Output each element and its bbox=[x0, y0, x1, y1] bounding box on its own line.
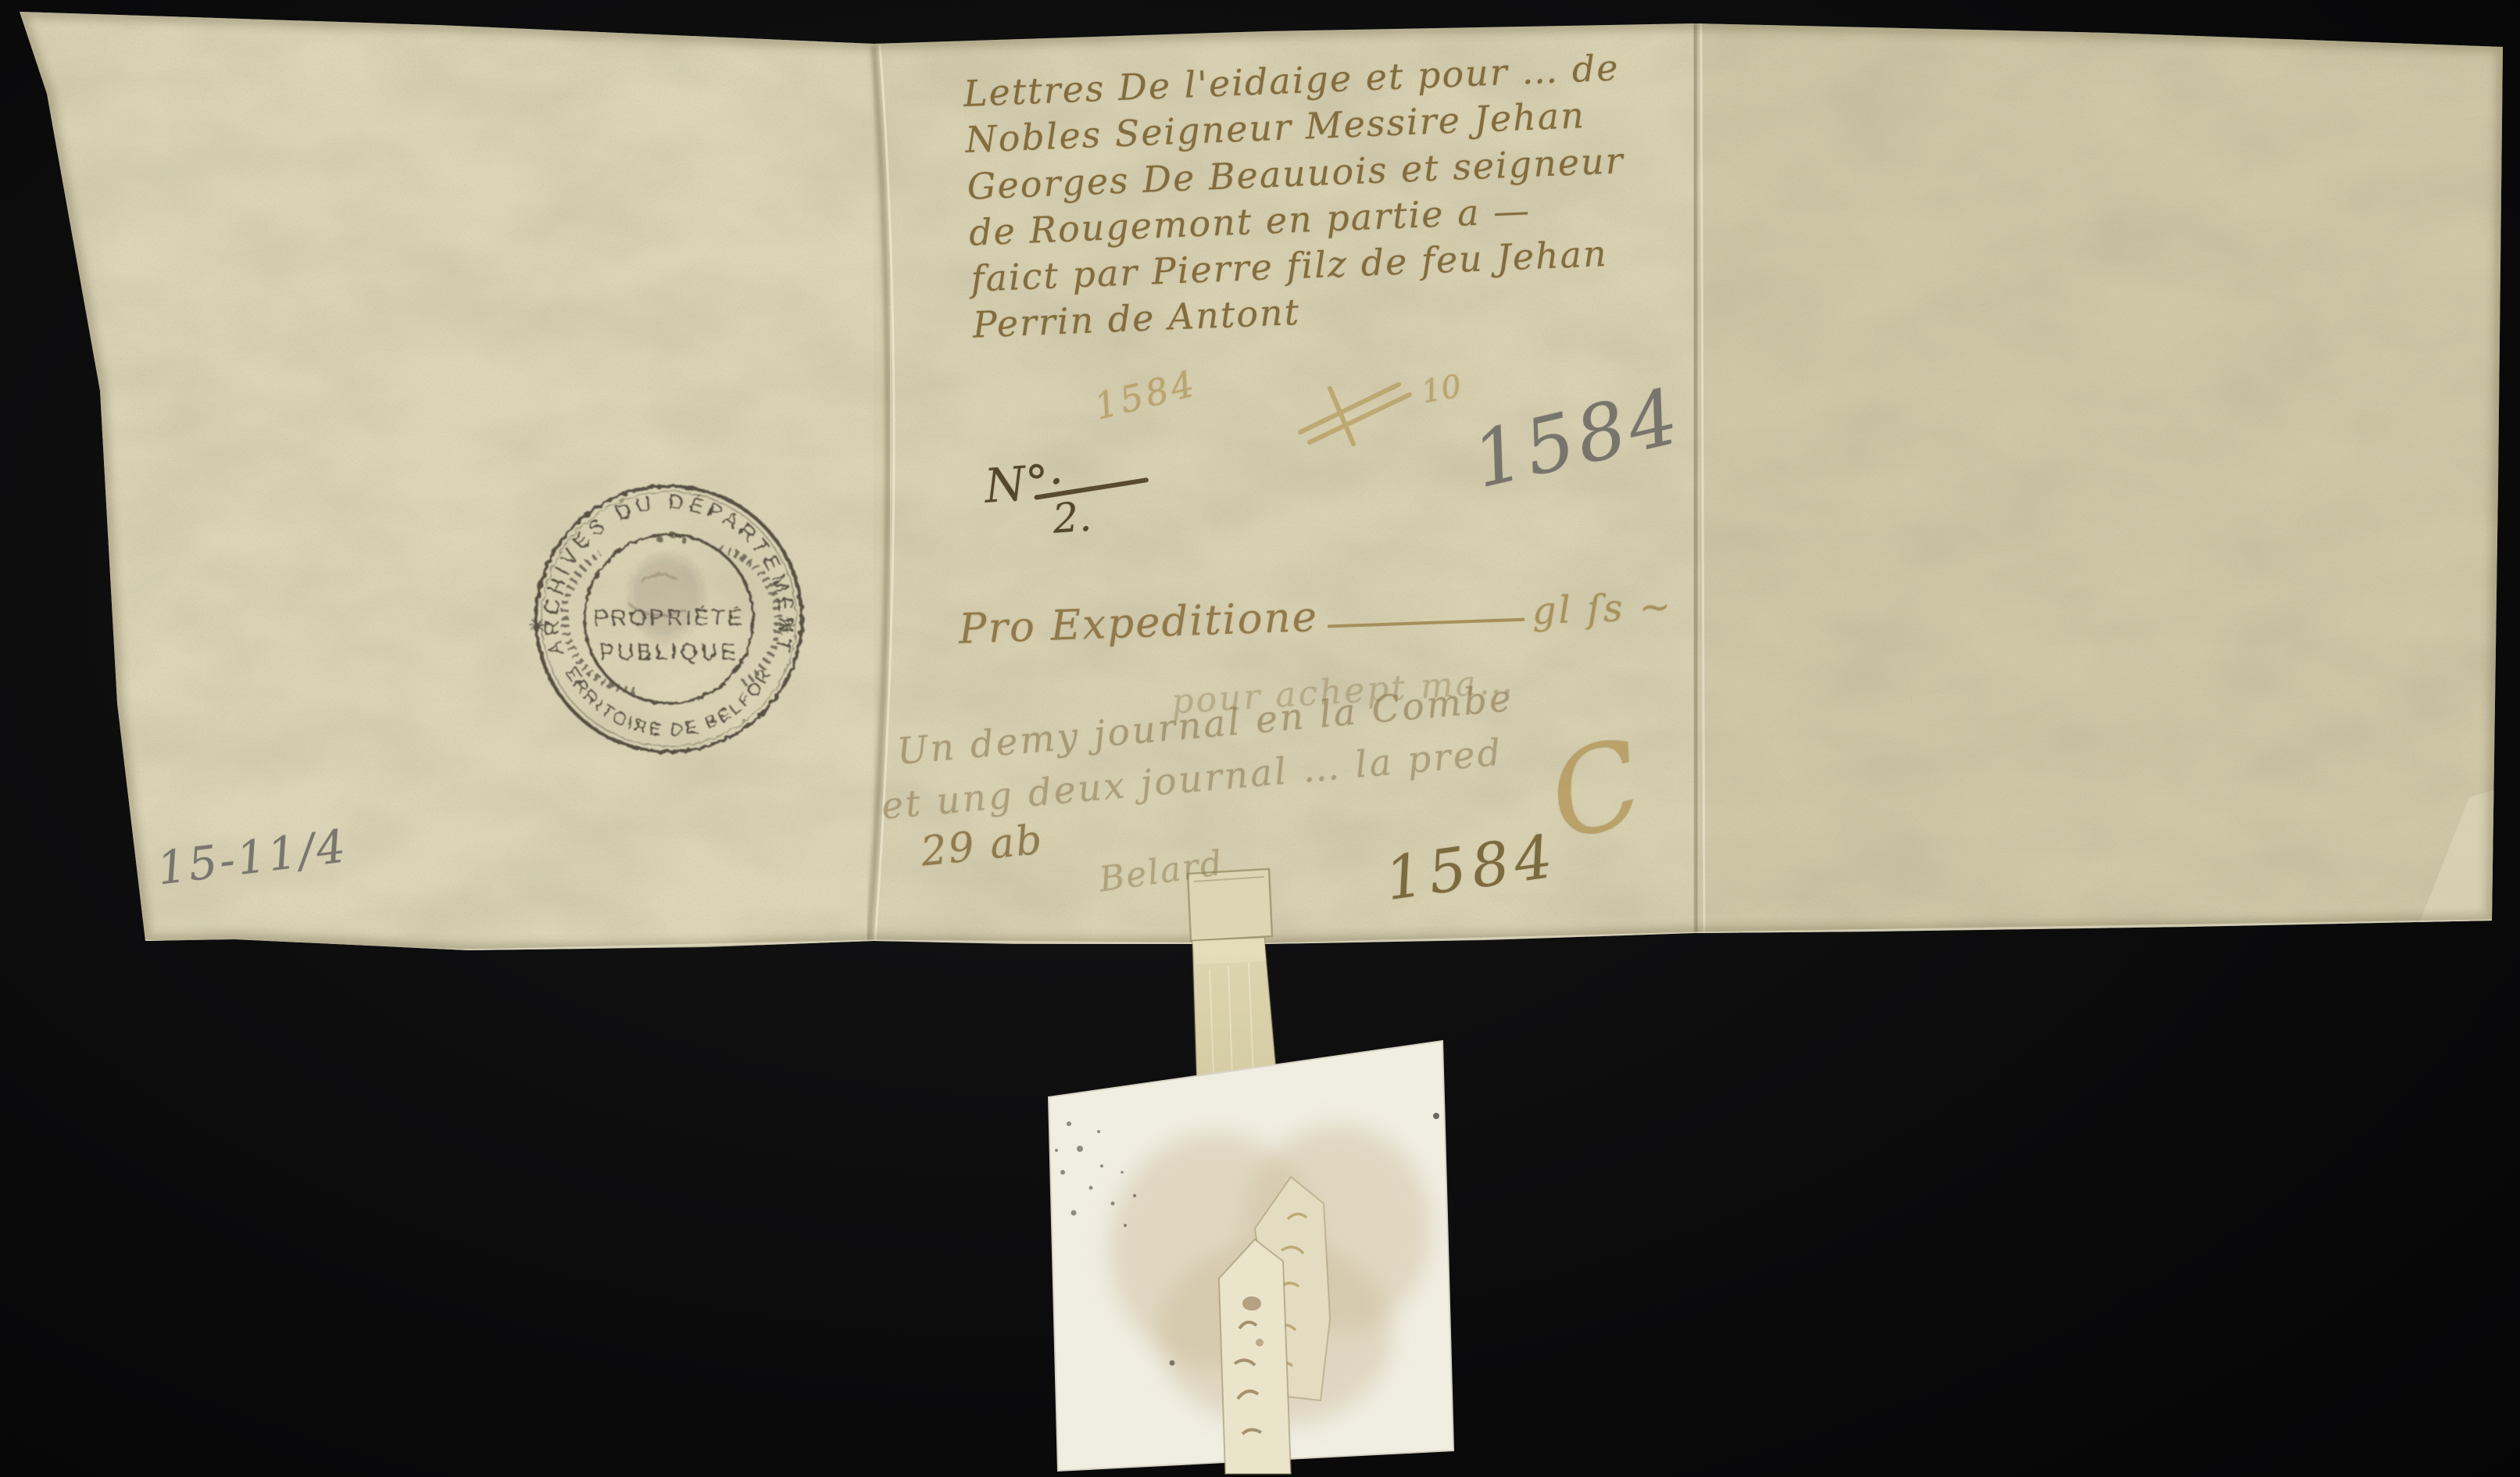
year-ink-faded: 1584 bbox=[1091, 364, 1201, 426]
doc-number-value: 2. bbox=[1051, 496, 1092, 542]
pro-expeditione-value: gl ſs ~ bbox=[1532, 587, 1674, 631]
pro-expeditione-label: Pro Expeditione bbox=[958, 595, 1319, 652]
pro-expeditione-dash bbox=[1328, 617, 1525, 628]
flourish-letter-c: C bbox=[1538, 721, 1654, 862]
date-fragment: 29 ab bbox=[919, 819, 1046, 874]
dorsal-note-block: Lettres De l'eidaige et pour … de Nobles… bbox=[963, 48, 1631, 352]
photograph-of-parchment-charter: ARCHIVES DU DÉPARTEMENT TERRITOIRE DE BE… bbox=[0, 0, 2520, 1477]
crossed-mark-value: 10 bbox=[1419, 370, 1464, 409]
pro-expeditione-row: Pro Expeditione gl ſs ~ bbox=[958, 583, 1674, 652]
name-fragment: Belard bbox=[1097, 846, 1226, 899]
handwriting-layer: Lettres De l'eidaige et pour … de Nobles… bbox=[0, 0, 2520, 1477]
year-pencil: 1584 bbox=[1466, 376, 1689, 502]
archival-cote-pencil: 15-11/4 bbox=[155, 822, 350, 892]
year-ink-bottom: 1584 bbox=[1382, 824, 1561, 910]
